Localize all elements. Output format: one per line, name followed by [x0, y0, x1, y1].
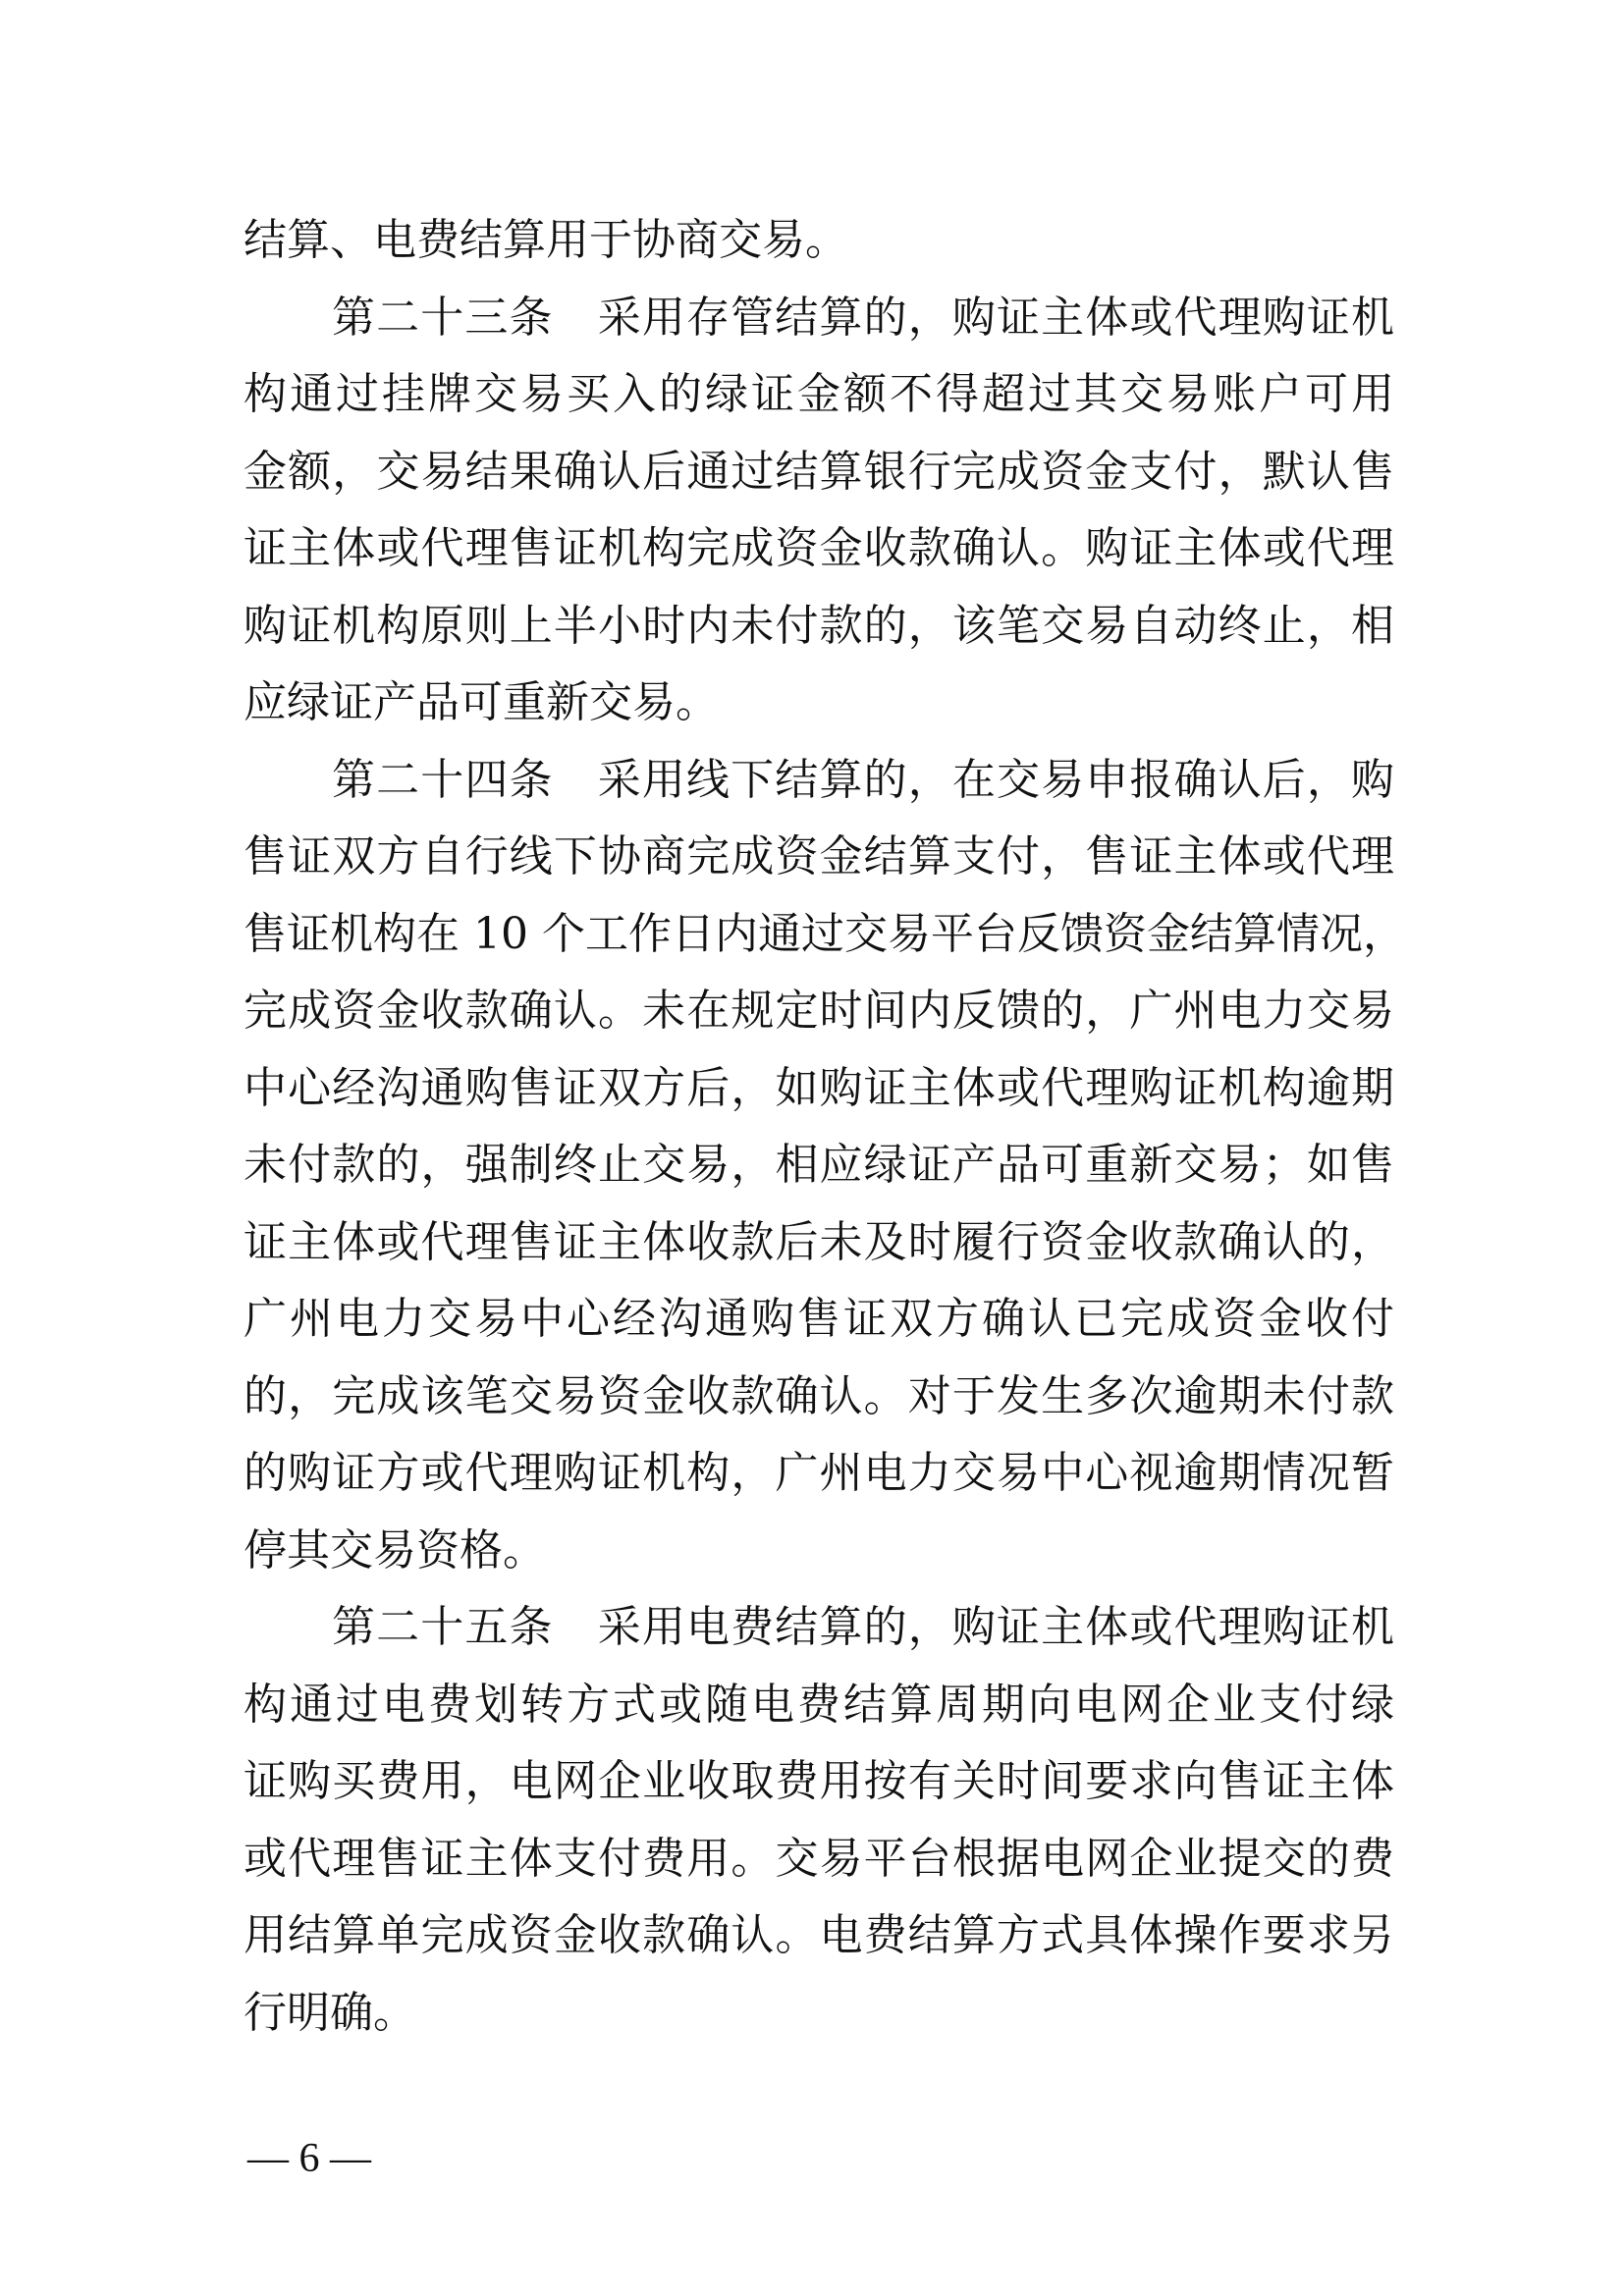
text-line: 售证双方自行线下协商完成资金结算支付，售证主体或代理	[244, 819, 1394, 896]
text-line: 证主体或代理售证机构完成资金收款确认。购证主体或代理	[244, 510, 1394, 588]
text-line: 完成资金收款确认。未在规定时间内反馈的，广州电力交易	[244, 973, 1394, 1050]
text-line: 行明确。	[244, 1975, 1394, 2053]
text-line: 未付款的，强制终止交易，相应绿证产品可重新交易；如售	[244, 1127, 1394, 1204]
text-line: 结算、电费结算用于协商交易。	[244, 202, 1394, 280]
text-line: 广州电力交易中心经沟通购售证双方确认已完成资金收付	[244, 1281, 1394, 1359]
text-line: 中心经沟通购售证双方后，如购证主体或代理购证机构逾期	[244, 1050, 1394, 1128]
text-line: 证购买费用，电网企业收取费用按有关时间要求向售证主体	[244, 1743, 1394, 1821]
text-line: 的，完成该笔交易资金收款确认。对于发生多次逾期未付款	[244, 1359, 1394, 1436]
text-line: 用结算单完成资金收款确认。电费结算方式具体操作要求另	[244, 1897, 1394, 1975]
text-line: 售证机构在 10 个工作日内通过交易平台反馈资金结算情况，	[244, 896, 1394, 974]
text-line: 停其交易资格。	[244, 1513, 1394, 1590]
text-line: 构通过电费划转方式或随电费结算周期向电网企业支付绿	[244, 1667, 1394, 1744]
document-body: 结算、电费结算用于协商交易。第二十三条 采用存管结算的，购证主体或代理购证机构通…	[244, 202, 1394, 2052]
text-line: 金额，交易结果确认后通过结算银行完成资金支付，默认售	[244, 434, 1394, 511]
text-line: 或代理售证主体支付费用。交易平台根据电网企业提交的费	[244, 1821, 1394, 1898]
text-line: 的购证方或代理购证机构，广州电力交易中心视逾期情况暂	[244, 1435, 1394, 1513]
text-line: 第二十五条 采用电费结算的，购证主体或代理购证机	[244, 1589, 1394, 1667]
text-line: 证主体或代理售证主体收款后未及时履行资金收款确认的，	[244, 1204, 1394, 1282]
text-line: 第二十三条 采用存管结算的，购证主体或代理购证机	[244, 280, 1394, 357]
text-line: 应绿证产品可重新交易。	[244, 665, 1394, 742]
text-line: 第二十四条 采用线下结算的，在交易申报确认后，购	[244, 742, 1394, 820]
page-number: — 6 —	[247, 2132, 371, 2185]
text-line: 购证机构原则上半小时内未付款的，该笔交易自动终止，相	[244, 588, 1394, 666]
text-line: 构通过挂牌交易买入的绿证金额不得超过其交易账户可用	[244, 356, 1394, 434]
